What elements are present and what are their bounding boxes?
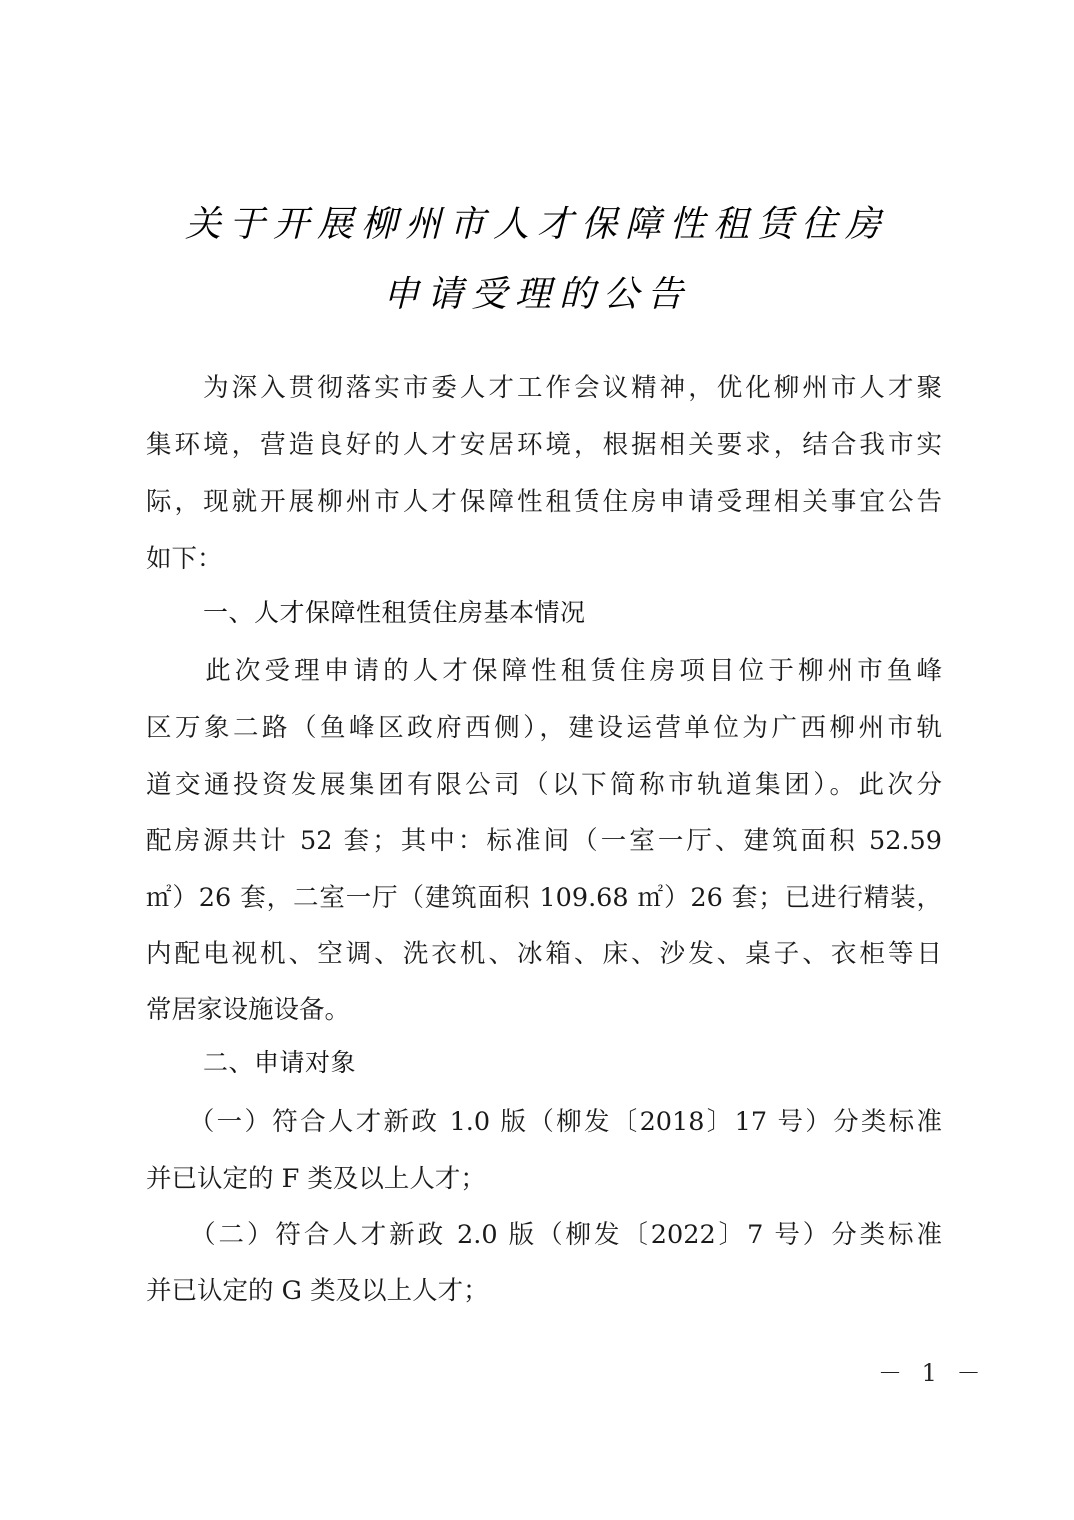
section-1-line: 区万象二路（鱼峰区政府西侧），建设运营单位为广西柳州市轨 — [146, 713, 942, 743]
section-1-line: ㎡）26 套，二室一厅（建筑面积 109.68 ㎡）26 套；已进行精装， — [146, 883, 942, 913]
intro-line: 为深入贯彻落实市委人才工作会议精神，优化柳州市人才聚 — [146, 373, 942, 403]
intro-line: 如下： — [146, 544, 942, 574]
section-2-heading: 二、申请对象 — [203, 1048, 356, 1078]
section-2-line: （二）符合人才新政 2.0 版（柳发〔2022〕7 号）分类标准 — [146, 1220, 942, 1250]
document-title-line-1: 关于开展柳州市人才保障性租赁住房 — [0, 196, 1074, 247]
section-2-line: （一）符合人才新政 1.0 版（柳发〔2018〕17 号）分类标准 — [146, 1107, 942, 1137]
document-title-line-2: 申请受理的公告 — [0, 266, 1074, 317]
section-2-line: 并已认定的 G 类及以上人才； — [146, 1276, 942, 1306]
section-1-line: 配房源共计 52 套；其中：标准间（一室一厅、建筑面积 52.59 — [146, 826, 942, 856]
section-1-heading: 一、人才保障性租赁住房基本情况 — [203, 598, 586, 628]
section-1-line: 内配电视机、空调、洗衣机、冰箱、床、沙发、桌子、衣柜等日 — [146, 939, 942, 969]
section-2-line: 并已认定的 F 类及以上人才； — [146, 1164, 942, 1194]
intro-line: 际，现就开展柳州市人才保障性租赁住房申请受理相关事宜公告 — [146, 487, 942, 517]
section-1-line: 常居家设施设备。 — [146, 995, 942, 1025]
intro-line: 集环境，营造良好的人才安居环境，根据相关要求，结合我市实 — [146, 430, 942, 460]
section-1-line: 此次受理申请的人才保障性租赁住房项目位于柳州市鱼峰 — [146, 656, 942, 686]
page-number: － 1 － — [878, 1353, 987, 1388]
section-1-line: 道交通投资发展集团有限公司（以下简称市轨道集团）。此次分 — [146, 770, 942, 800]
